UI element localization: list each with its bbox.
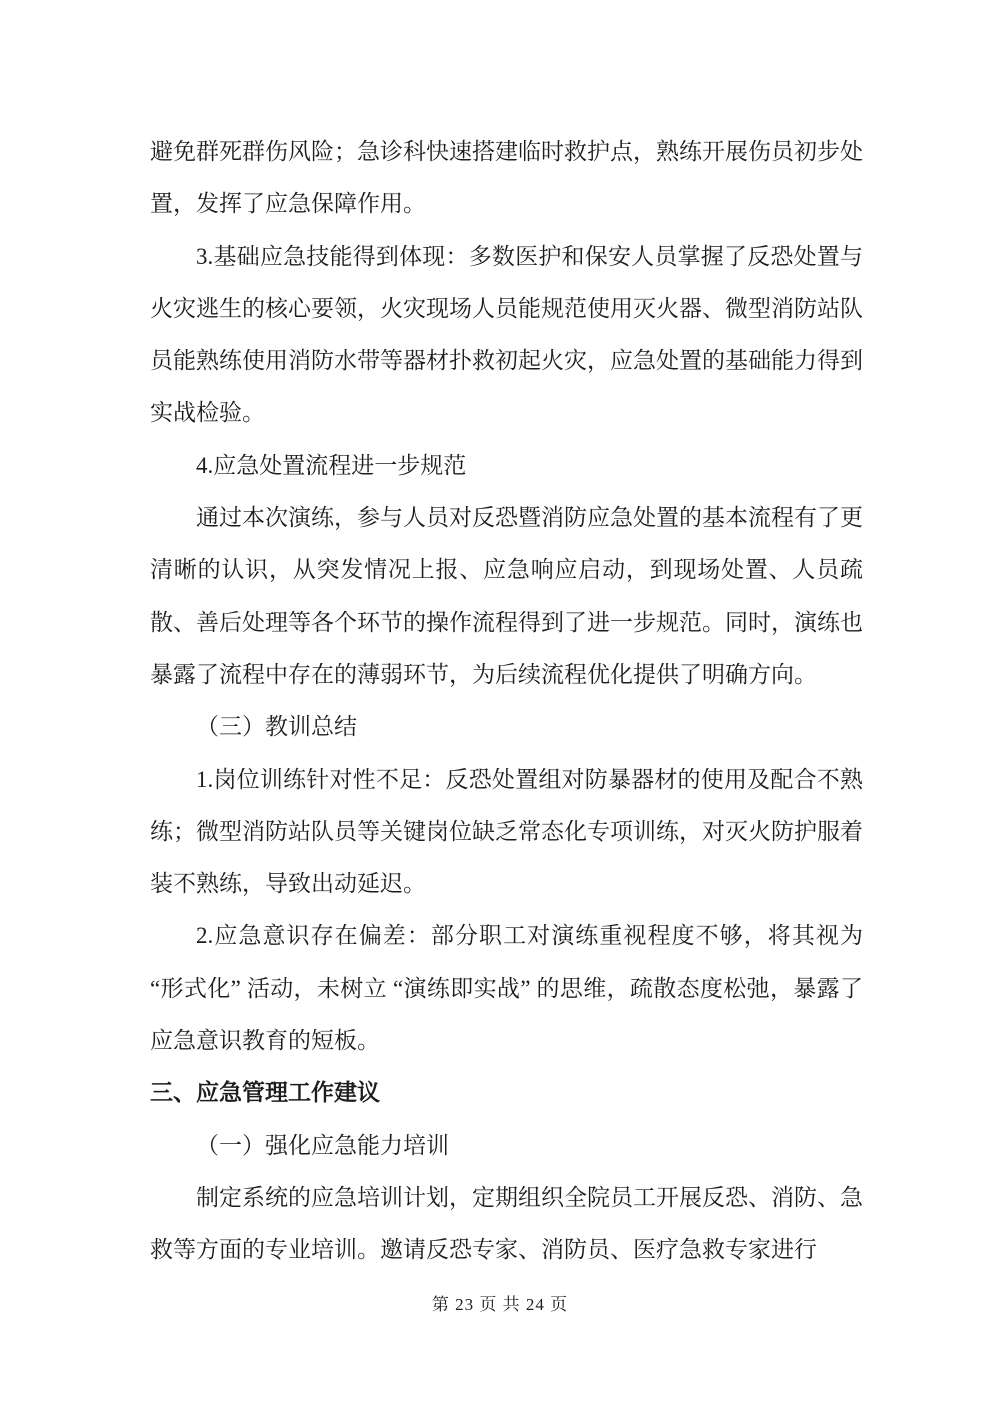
- numbered-point: 4.应急处置流程进一步规范: [150, 440, 863, 492]
- body-paragraph: 通过本次演练，参与人员对反恐暨消防应急处置的基本流程有了更清晰的认识，从突发情况…: [150, 492, 863, 701]
- body-paragraph: 避免群死群伤风险；急诊科快速搭建临时救护点，熟练开展伤员初步处置，发挥了应急保障…: [150, 126, 863, 231]
- document-body: 避免群死群伤风险；急诊科快速搭建临时救护点，熟练开展伤员初步处置，发挥了应急保障…: [150, 126, 863, 1277]
- numbered-point: 3.基础应急技能得到体现：多数医护和保安人员掌握了反恐处置与火灾逃生的核心要领，…: [150, 231, 863, 440]
- sub-heading: （一）强化应急能力培训: [150, 1120, 863, 1172]
- sub-heading: （三）教训总结: [150, 701, 863, 753]
- body-paragraph: 制定系统的应急培训计划，定期组织全院员工开展反恐、消防、急救等方面的专业培训。邀…: [150, 1172, 863, 1277]
- document-page: 避免群死群伤风险；急诊科快速搭建临时救护点，熟练开展伤员初步处置，发挥了应急保障…: [0, 0, 1000, 1414]
- numbered-point: 2.应急意识存在偏差：部分职工对演练重视程度不够，将其视为 “形式化” 活动，未…: [150, 910, 863, 1067]
- page-footer: 第 23 页 共 24 页: [0, 1293, 1000, 1317]
- page-number: 第 23 页 共 24 页: [432, 1295, 568, 1314]
- numbered-point: 1.岗位训练针对性不足：反恐处置组对防暴器材的使用及配合不熟练；微型消防站队员等…: [150, 754, 863, 911]
- section-heading: 三、应急管理工作建议: [150, 1067, 863, 1119]
